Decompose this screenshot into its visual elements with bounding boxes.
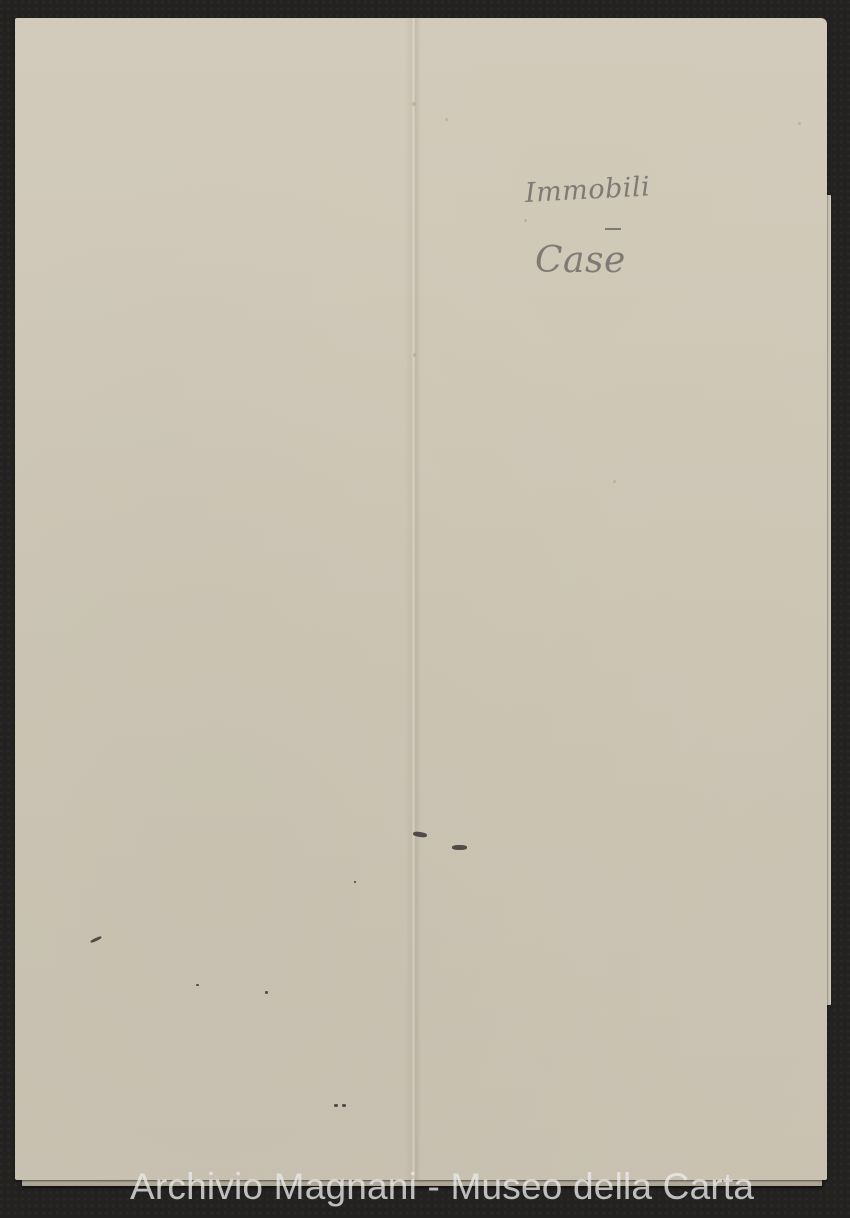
handwritten-note-immobili: Immobili bbox=[524, 171, 651, 209]
foxing-spot bbox=[524, 219, 527, 222]
archive-watermark: Archivio Magnani - Museo della Carta bbox=[130, 1168, 754, 1205]
ink-speck bbox=[342, 1104, 346, 1107]
center-fold-crease bbox=[405, 18, 421, 1180]
foxing-spot bbox=[798, 122, 801, 125]
foxing-spot bbox=[413, 353, 416, 357]
scan-background: Immobili Case Archivio Magnani - Museo d… bbox=[0, 0, 850, 1218]
ink-speck bbox=[452, 845, 467, 850]
handwritten-dash bbox=[605, 228, 621, 230]
ink-speck bbox=[90, 936, 102, 944]
foxing-spot bbox=[445, 118, 448, 121]
ink-speck bbox=[334, 1104, 338, 1107]
ink-speck bbox=[265, 991, 268, 994]
ink-speck bbox=[196, 984, 199, 986]
handwritten-note-case: Case bbox=[535, 240, 626, 281]
paper-sheet: Immobili Case bbox=[15, 18, 827, 1180]
ink-speck bbox=[354, 881, 356, 883]
foxing-spot bbox=[613, 480, 616, 483]
foxing-spot bbox=[412, 102, 416, 106]
